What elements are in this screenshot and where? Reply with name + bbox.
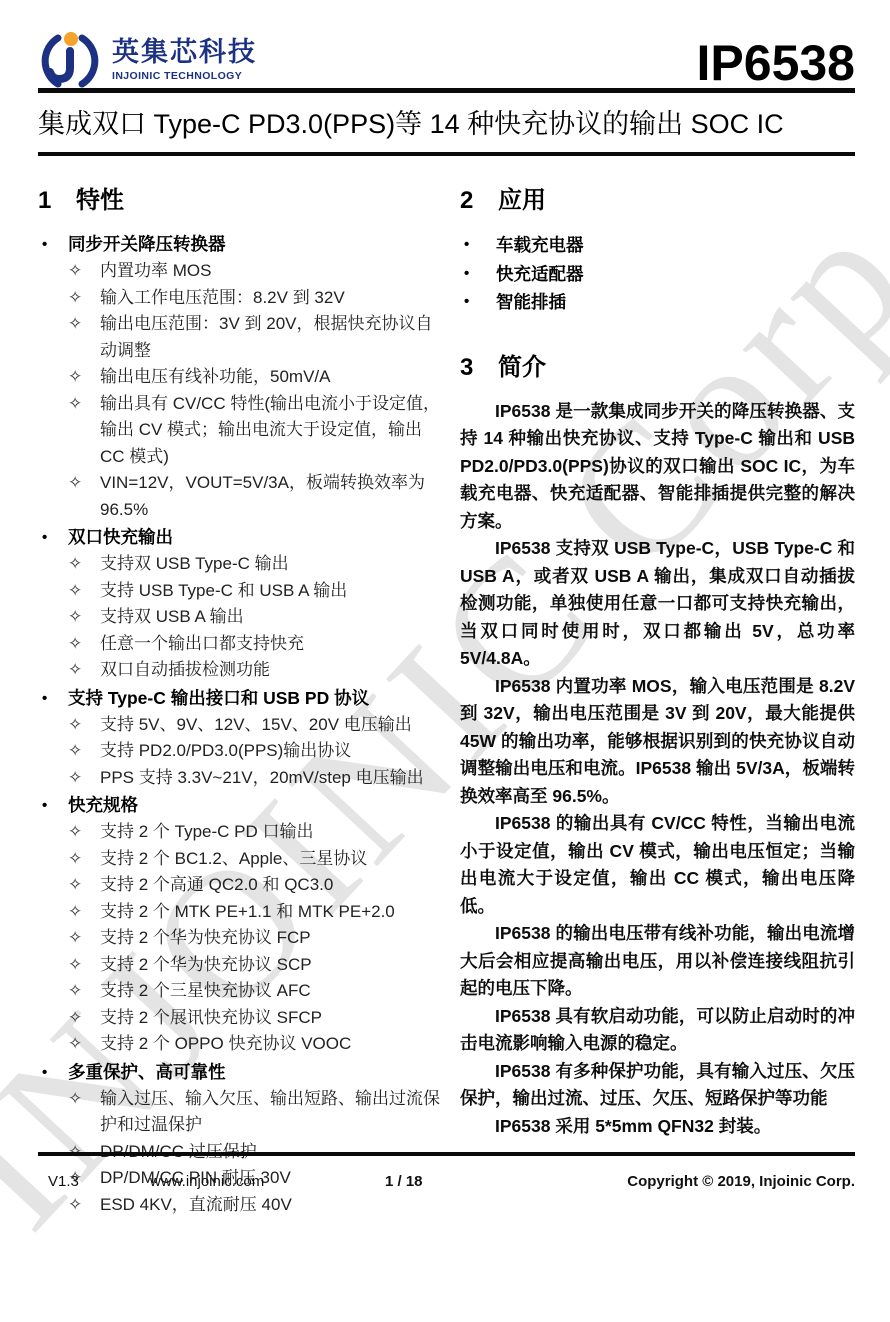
section-number: 3 (460, 354, 498, 382)
bullet-icon: • (460, 231, 496, 260)
diamond-bullet-icon: ✧ (68, 978, 100, 1005)
feature-item-text: 输入过压、输入欠压、输出短路、输出过流保护和过温保护 (100, 1086, 440, 1139)
feature-item-text: 支持 PD2.0/PD3.0(PPS)输出协议 (100, 738, 440, 765)
diamond-bullet-icon: ✧ (68, 364, 100, 391)
diamond-bullet-icon: ✧ (68, 311, 100, 364)
feature-item: ✧ 支持 2 个 MTK PE+1.1 和 MTK PE+2.0 (38, 899, 440, 926)
feature-item: ✧ 双口自动插拔检测功能 (38, 657, 440, 684)
feature-item-text: 内置功率 MOS (100, 258, 440, 285)
feature-items: ✧ 支持 5V、9V、12V、15V、20V 电压输出 ✧ 支持 PD2.0/P… (38, 712, 440, 792)
page-footer: V1.3 www.injoinic.com 1 / 18 Copyright ©… (38, 1152, 855, 1193)
feature-item-text: 支持 2 个展讯快充协议 SFCP (100, 1005, 440, 1032)
feature-item: ✧ 支持 2 个展讯快充协议 SFCP (38, 1005, 440, 1032)
feature-item: ✧ 输出电压有线补功能，50mV/A (38, 364, 440, 391)
doc-version: V1.3 (48, 1173, 79, 1190)
feature-item-text: 输出电压有线补功能，50mV/A (100, 364, 440, 391)
feature-item: ✧ 支持 2 个 BC1.2、Apple、三星协议 (38, 846, 440, 873)
application-item: • 车载充电器 (460, 231, 855, 260)
diamond-bullet-icon: ✧ (68, 819, 100, 846)
feature-group-title: 双口快充输出 (68, 524, 440, 551)
features-heading: 1 特性 (38, 180, 440, 215)
feature-item: ✧ 支持 5V、9V、12V、15V、20V 电压输出 (38, 712, 440, 739)
page-number: 1 / 18 (385, 1173, 423, 1190)
feature-group: • 同步开关降压转换器 ✧ 内置功率 MOS (38, 231, 440, 523)
feature-item: ✧ 支持 2 个三星快充协议 AFC (38, 978, 440, 1005)
feature-item-text: 支持 2 个 Type-C PD 口输出 (100, 819, 440, 846)
feature-item-text: 支持 USB Type-C 和 USB A 输出 (100, 578, 440, 605)
application-item-text: 车载充电器 (496, 231, 584, 260)
bullet-icon: • (38, 685, 68, 712)
diamond-bullet-icon: ✧ (68, 1031, 100, 1058)
feature-items: ✧ 支持 2 个 Type-C PD 口输出 ✧ 支持 2 个 BC1.2、Ap… (38, 819, 440, 1058)
feature-item-text: 支持 5V、9V、12V、15V、20V 电压输出 (100, 712, 440, 739)
bullet-icon: • (38, 792, 68, 819)
features-column: 1 特性 • 同步开关降压转换器 (38, 156, 440, 1219)
diamond-bullet-icon: ✧ (68, 604, 100, 631)
intro-paragraph: IP6538 支持双 USB Type-C，USB Type-C 和 USB A… (460, 535, 855, 673)
diamond-bullet-icon: ✧ (68, 738, 100, 765)
feature-item-text: VIN=12V，VOUT=5V/3A，板端转换效率为 96.5% (100, 470, 440, 523)
two-column-body: 1 特性 • 同步开关降压转换器 (0, 156, 890, 1219)
feature-items: ✧ 支持双 USB Type-C 输出 ✧ 支持 USB Type-C 和 US… (38, 551, 440, 684)
application-item: • 智能排插 (460, 288, 855, 317)
feature-item: ✧ 支持 2 个高通 QC2.0 和 QC3.0 (38, 872, 440, 899)
feature-item-text: 支持 2 个高通 QC2.0 和 QC3.0 (100, 872, 440, 899)
logo-text: 英集芯科技 INJOINIC TECHNOLOGY (112, 38, 257, 83)
feature-item: ✧ 支持 USB Type-C 和 USB A 输出 (38, 578, 440, 605)
intro-heading: 3 简介 (460, 347, 855, 382)
diamond-bullet-icon: ✧ (68, 899, 100, 926)
feature-item-text: 输出具有 CV/CC 特性(输出电流小于设定值，输出 CV 模式；输出电流大于设… (100, 391, 440, 471)
diamond-bullet-icon: ✧ (68, 1192, 100, 1219)
feature-item: ✧ 输出电压范围：3V 到 20V，根据快充协议自动调整 (38, 311, 440, 364)
feature-item-text: 支持 2 个 MTK PE+1.1 和 MTK PE+2.0 (100, 899, 440, 926)
feature-group-title: 快充规格 (68, 792, 440, 819)
feature-item-text: 输出电压范围：3V 到 20V，根据快充协议自动调整 (100, 311, 440, 364)
feature-item-text: 支持双 USB A 输出 (100, 604, 440, 631)
intro-paragraph: IP6538 的输出具有 CV/CC 特性，当输出电流小于设定值，输出 CV 模… (460, 810, 855, 920)
feature-item: ✧ 支持双 USB Type-C 输出 (38, 551, 440, 578)
document-title: 集成双口 Type-C PD3.0(PPS)等 14 种快充协议的输出 SOC … (38, 102, 855, 141)
diamond-bullet-icon: ✧ (68, 285, 100, 312)
diamond-bullet-icon: ✧ (68, 712, 100, 739)
website-text: www.injoinic.com (150, 1173, 264, 1190)
logo-name-cn: 英集芯科技 (112, 38, 257, 68)
part-number: IP6538 (697, 38, 855, 88)
section-title: 简介 (498, 347, 546, 382)
feature-item: ✧ 输入过压、输入欠压、输出短路、输出过流保护和过温保护 (38, 1086, 440, 1139)
feature-group: • 双口快充输出 ✧ 支持双 USB Type-C 输出 (38, 524, 440, 684)
section-number: 2 (460, 187, 498, 215)
feature-item-text: 支持 2 个三星快充协议 AFC (100, 978, 440, 1005)
applications-heading: 2 应用 (460, 180, 855, 215)
diamond-bullet-icon: ✧ (68, 258, 100, 285)
feature-item-text: 支持 2 个 OPPO 快充协议 VOOC (100, 1031, 440, 1058)
application-item-text: 快充适配器 (496, 260, 584, 289)
diamond-bullet-icon: ✧ (68, 657, 100, 684)
feature-item-text: 支持 2 个华为快充协议 SCP (100, 952, 440, 979)
bullet-icon: • (38, 524, 68, 551)
feature-group-title: 多重保护、高可靠性 (68, 1059, 440, 1086)
feature-item: ✧ 任意一个输出口都支持快充 (38, 631, 440, 658)
injoinic-logo-icon (38, 28, 102, 92)
diamond-bullet-icon: ✧ (68, 952, 100, 979)
intro-paragraph: IP6538 具有软启动功能，可以防止启动时的冲击电流影响输入电源的稳定。 (460, 1003, 855, 1058)
feature-group-title: 支持 Type-C 输出接口和 USB PD 协议 (68, 685, 440, 712)
feature-item: ✧ 支持 2 个华为快充协议 SCP (38, 952, 440, 979)
diamond-bullet-icon: ✧ (68, 765, 100, 792)
feature-item: ✧ 支持 2 个 OPPO 快充协议 VOOC (38, 1031, 440, 1058)
feature-item: ✧ 输出具有 CV/CC 特性(输出电流小于设定值，输出 CV 模式；输出电流大… (38, 391, 440, 471)
intro-paragraph: IP6538 有多种保护功能，具有输入过压、欠压保护，输出过流、过压、欠压、短路… (460, 1058, 855, 1113)
section-number: 1 (38, 187, 76, 215)
feature-item: ✧ 内置功率 MOS (38, 258, 440, 285)
diamond-bullet-icon: ✧ (68, 1086, 100, 1139)
feature-item-text: ESD 4KV，直流耐压 40V (100, 1192, 440, 1219)
feature-item: ✧ 输入工作电压范围：8.2V 到 32V (38, 285, 440, 312)
diamond-bullet-icon: ✧ (68, 578, 100, 605)
datasheet-page: INJOINIC Corp. 英集芯科技 INJOINIC TECHNOLOGY… (0, 0, 890, 1322)
feature-group: • 多重保护、高可靠性 ✧ 输入过压、输入欠压、输出短路、输出过流保护和过温保护 (38, 1059, 440, 1219)
feature-items: ✧ 内置功率 MOS ✧ 输入工作电压范围：8.2V 到 32V (38, 258, 440, 523)
section-title: 特性 (76, 180, 124, 215)
feature-item-text: 支持 2 个 BC1.2、Apple、三星协议 (100, 846, 440, 873)
diamond-bullet-icon: ✧ (68, 551, 100, 578)
feature-item-text: 支持 2 个华为快充协议 FCP (100, 925, 440, 952)
feature-item: ✧ 支持双 USB A 输出 (38, 604, 440, 631)
intro-paragraph: IP6538 是一款集成同步开关的降压转换器、支持 14 种输出快充协议、支持 … (460, 398, 855, 536)
intro-paragraphs: IP6538 是一款集成同步开关的降压转换器、支持 14 种输出快充协议、支持 … (460, 398, 855, 1141)
diamond-bullet-icon: ✧ (68, 925, 100, 952)
injoinic-logo: 英集芯科技 INJOINIC TECHNOLOGY (38, 28, 257, 92)
intro-paragraph: IP6538 采用 5*5mm QFN32 封装。 (460, 1113, 855, 1141)
applications-list: • 车载充电器 • 快充适配器 • 智能排插 (460, 231, 855, 317)
feature-item-text: 任意一个输出口都支持快充 (100, 631, 440, 658)
application-item-text: 智能排插 (496, 288, 566, 317)
feature-group: • 快充规格 ✧ 支持 2 个 Type-C PD 口输出 (38, 792, 440, 1058)
diamond-bullet-icon: ✧ (68, 872, 100, 899)
bullet-icon: • (38, 1059, 68, 1086)
logo-name-en: INJOINIC TECHNOLOGY (112, 70, 257, 82)
feature-item: ✧ 支持 PD2.0/PD3.0(PPS)输出协议 (38, 738, 440, 765)
footer-rule (38, 1152, 855, 1156)
section-title: 应用 (498, 180, 546, 215)
feature-item: ✧ 支持 2 个 Type-C PD 口输出 (38, 819, 440, 846)
feature-item: ✧ ESD 4KV，直流耐压 40V (38, 1192, 440, 1219)
feature-group: • 支持 Type-C 输出接口和 USB PD 协议 ✧ 支持 5V、9V、1… (38, 685, 440, 792)
page-header: 英集芯科技 INJOINIC TECHNOLOGY IP6538 (0, 0, 890, 84)
diamond-bullet-icon: ✧ (68, 391, 100, 471)
diamond-bullet-icon: ✧ (68, 631, 100, 658)
feature-item-text: 双口自动插拔检测功能 (100, 657, 440, 684)
features-list: • 同步开关降压转换器 ✧ 内置功率 MOS (38, 231, 440, 1218)
bullet-icon: • (460, 260, 496, 289)
right-column: 2 应用 • 车载充电器 • 快充适配器 (460, 156, 855, 1219)
feature-item-text: 支持双 USB Type-C 输出 (100, 551, 440, 578)
feature-item: ✧ PPS 支持 3.3V~21V，20mV/step 电压输出 (38, 765, 440, 792)
diamond-bullet-icon: ✧ (68, 1005, 100, 1032)
diamond-bullet-icon: ✧ (68, 470, 100, 523)
application-item: • 快充适配器 (460, 260, 855, 289)
title-band: 集成双口 Type-C PD3.0(PPS)等 14 种快充协议的输出 SOC … (38, 88, 855, 156)
bullet-icon: • (38, 231, 68, 258)
feature-item-text: 输入工作电压范围：8.2V 到 32V (100, 285, 440, 312)
feature-group-title: 同步开关降压转换器 (68, 231, 440, 258)
intro-paragraph: IP6538 内置功率 MOS，输入电压范围是 8.2V 到 32V，输出电压范… (460, 673, 855, 811)
feature-item-text: PPS 支持 3.3V~21V，20mV/step 电压输出 (100, 765, 440, 792)
intro-paragraph: IP6538 的输出电压带有线补功能，输出电流增大后会相应提高输出电压，用以补偿… (460, 920, 855, 1003)
copyright-text: Copyright © 2019, Injoinic Corp. (627, 1173, 855, 1190)
bullet-icon: • (460, 288, 496, 317)
feature-item: ✧ 支持 2 个华为快充协议 FCP (38, 925, 440, 952)
feature-item: ✧ VIN=12V，VOUT=5V/3A，板端转换效率为 96.5% (38, 470, 440, 523)
diamond-bullet-icon: ✧ (68, 846, 100, 873)
